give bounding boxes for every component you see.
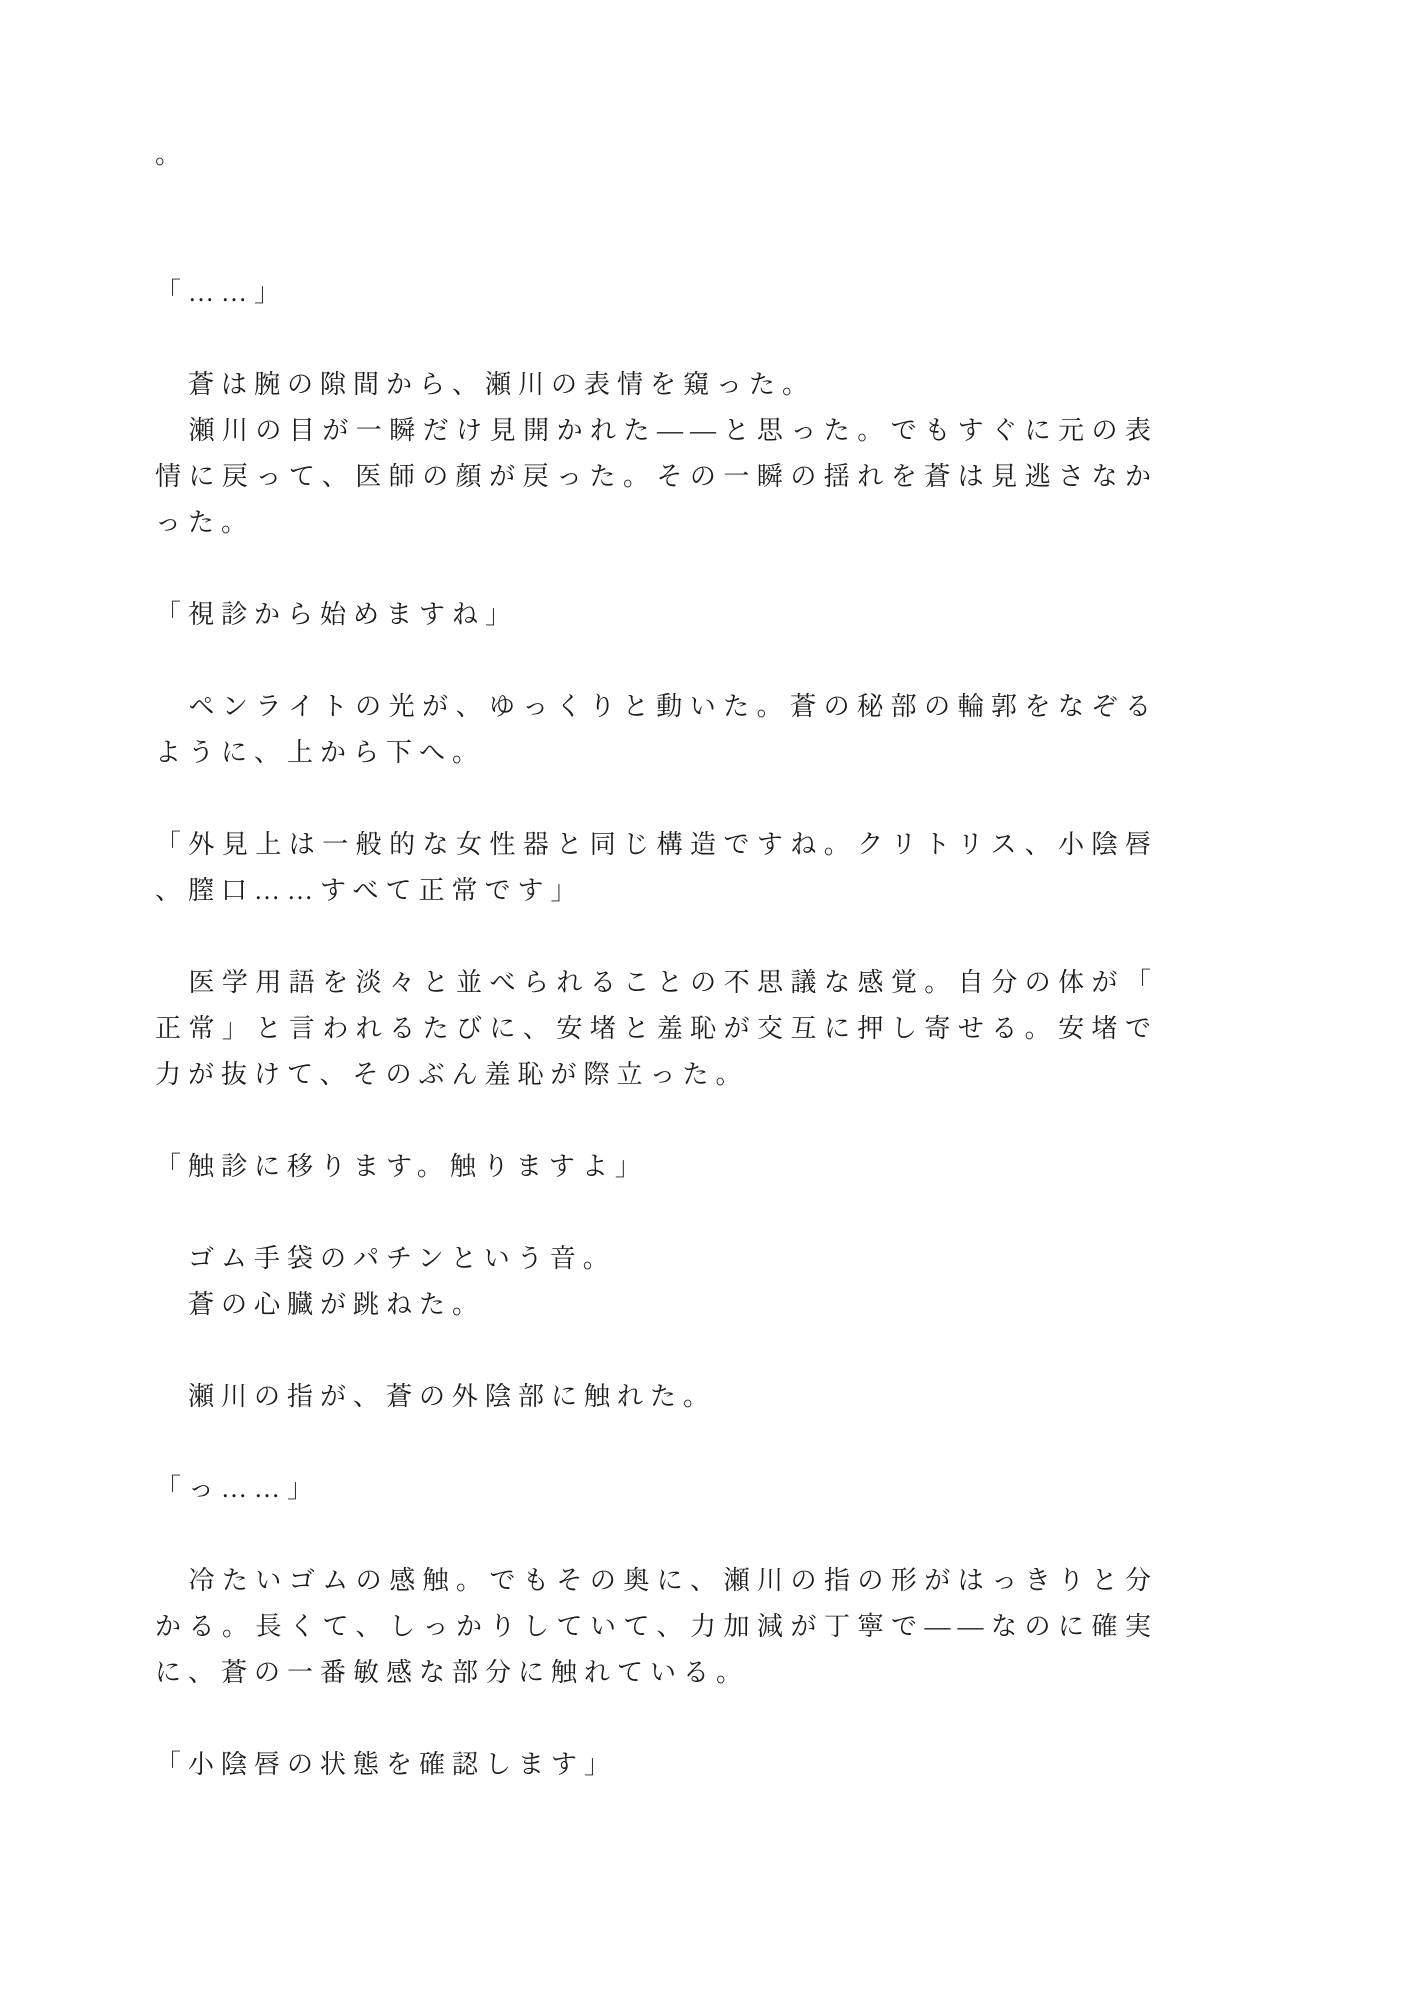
text-line: 「っ……」 (155, 1466, 1158, 1512)
paragraph-block: 「外見上は一般的な女性器と同じ構造ですね。クリトリス、小陰唇、膣口……すべて正常… (155, 822, 1158, 914)
paragraph-block: ペンライトの光が、ゆっくりと動いた。蒼の秘部の輪郭をなぞるように、上から下へ。 (155, 684, 1158, 776)
paragraph-block: 「っ……」 (155, 1466, 1158, 1512)
text-line: ペンライトの光が、ゆっくりと動いた。蒼の秘部の輪郭をなぞる (155, 684, 1158, 730)
text-line: に、蒼の一番敏感な部分に触れている。 (155, 1650, 1158, 1696)
text-line: 「触診に移ります。触りますよ」 (155, 1144, 1158, 1190)
text-line: かる。長くて、しっかりしていて、力加減が丁寧で——なのに確実 (155, 1604, 1158, 1650)
paragraph-block: 「視診から始めますね」 (155, 592, 1158, 638)
text-line: 。 (155, 132, 1158, 178)
text-line: 「外見上は一般的な女性器と同じ構造ですね。クリトリス、小陰唇 (155, 822, 1158, 868)
text-line: ように、上から下へ。 (155, 730, 1158, 776)
paragraph-block: 「触診に移ります。触りますよ」 (155, 1144, 1158, 1190)
novel-reader-page: 。「……」 蒼は腕の隙間から、瀬川の表情を窺った。 瀬川の目が一瞬だけ見開かれた… (0, 0, 1415, 2000)
paragraph-block: 蒼は腕の隙間から、瀬川の表情を窺った。 瀬川の目が一瞬だけ見開かれた——と思った… (155, 362, 1158, 546)
text-line: 瀬川の目が一瞬だけ見開かれた——と思った。でもすぐに元の表 (155, 408, 1158, 454)
text-line: 情に戻って、医師の顔が戻った。その一瞬の揺れを蒼は見逃さなか (155, 454, 1158, 500)
paragraph-block: 医学用語を淡々と並べられることの不思議な感覚。自分の体が「正常」と言われるたびに… (155, 960, 1158, 1098)
text-line: った。 (155, 500, 1158, 546)
text-line: 力が抜けて、そのぶん羞恥が際立った。 (155, 1052, 1158, 1098)
text-line: 冷たいゴムの感触。でもその奥に、瀬川の指の形がはっきりと分 (155, 1558, 1158, 1604)
text-line: 「……」 (155, 270, 1158, 316)
text-column: 。「……」 蒼は腕の隙間から、瀬川の表情を窺った。 瀬川の目が一瞬だけ見開かれた… (155, 132, 1158, 1834)
text-line: 瀬川の指が、蒼の外陰部に触れた。 (155, 1374, 1158, 1420)
text-line: 蒼の心臓が跳ねた。 (155, 1282, 1158, 1328)
paragraph-block: 瀬川の指が、蒼の外陰部に触れた。 (155, 1374, 1158, 1420)
text-line: 正常」と言われるたびに、安堵と羞恥が交互に押し寄せる。安堵で (155, 1006, 1158, 1052)
text-line: ゴム手袋のパチンという音。 (155, 1236, 1158, 1282)
paragraph-block: 「……」 (155, 270, 1158, 316)
paragraph-block: 「小陰唇の状態を確認します」 (155, 1742, 1158, 1788)
text-line: 「小陰唇の状態を確認します」 (155, 1742, 1158, 1788)
paragraph-block: 冷たいゴムの感触。でもその奥に、瀬川の指の形がはっきりと分かる。長くて、しっかり… (155, 1558, 1158, 1696)
paragraph-block: ゴム手袋のパチンという音。 蒼の心臓が跳ねた。 (155, 1236, 1158, 1328)
text-line: 、膣口……すべて正常です」 (155, 868, 1158, 914)
paragraph-block: 。 (155, 132, 1158, 178)
text-line: 医学用語を淡々と並べられることの不思議な感覚。自分の体が「 (155, 960, 1158, 1006)
text-line: 蒼は腕の隙間から、瀬川の表情を窺った。 (155, 362, 1158, 408)
text-line: 「視診から始めますね」 (155, 592, 1158, 638)
